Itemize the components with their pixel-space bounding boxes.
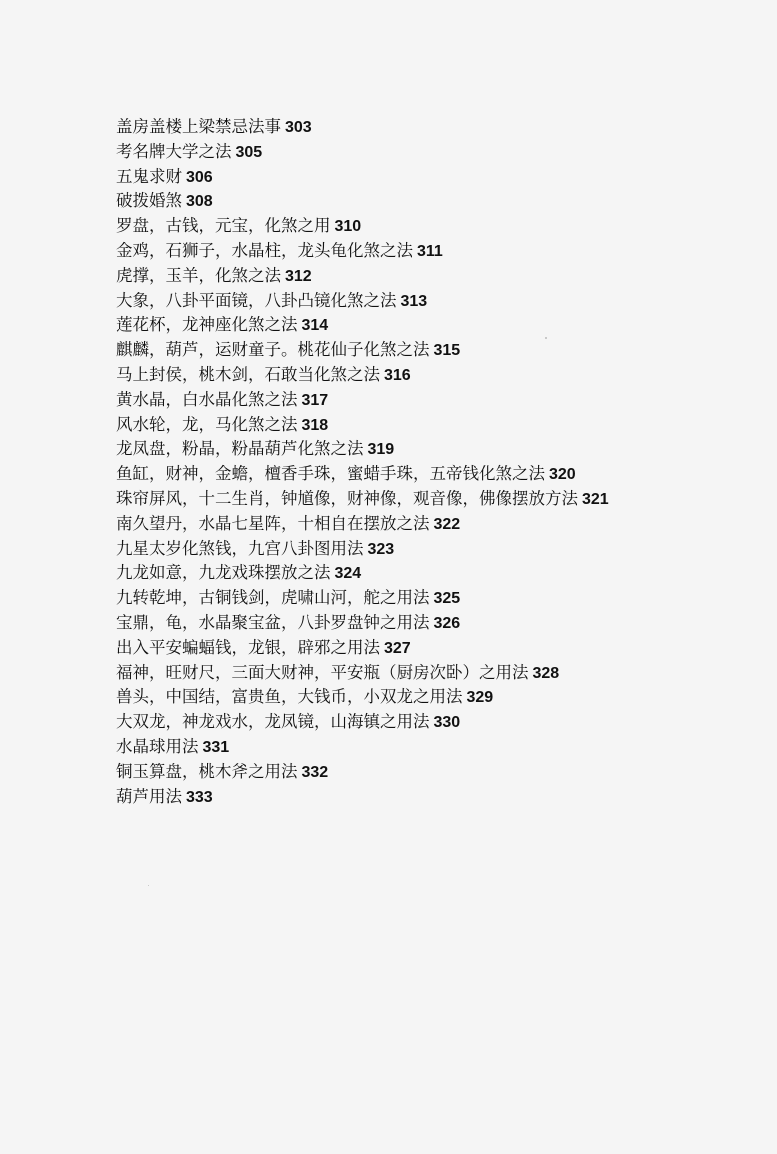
toc-entry-title: 金鸡，石狮子，水晶柱，龙头龟化煞之法	[116, 241, 413, 260]
toc-entry-page-number: 316	[384, 367, 411, 384]
toc-entry-page-number: 310	[335, 218, 362, 235]
toc-entry-page-number: 312	[285, 268, 312, 285]
scan-speck	[148, 885, 149, 886]
toc-entry-page-number: 322	[434, 516, 461, 533]
toc-entry-title: 福神，旺财尺，三面大财神，平安瓶（厨房次卧）之用法	[116, 663, 529, 682]
toc-entry-title: 盖房盖楼上梁禁忌法事	[116, 117, 281, 136]
scan-speck	[545, 337, 547, 339]
toc-entry-title: 黄水晶，白水晶化煞之法	[116, 390, 298, 409]
toc-entry-title: 罗盘，古钱，元宝，化煞之用	[116, 216, 331, 235]
toc-entry-title: 大双龙，神龙戏水，龙凤镜，山海镇之用法	[116, 712, 430, 731]
toc-entry-title: 五鬼求财	[116, 167, 182, 186]
toc-entry-title: 南久望丹，水晶七星阵，十相自在摆放之法	[116, 514, 430, 533]
toc-entry-title: 九星太岁化煞钱，九宫八卦图用法	[116, 539, 364, 558]
toc-entry-page-number: 329	[467, 689, 494, 706]
toc-entry-page-number: 330	[434, 714, 461, 731]
toc-entry: 九龙如意，九龙戏珠摆放之法324	[116, 561, 609, 586]
toc-entry: 珠帘屏风，十二生肖，钟馗像，财神像，观音像，佛像摆放方法321	[116, 487, 609, 512]
toc-entry: 水晶球用法331	[116, 735, 609, 760]
toc-entry-title: 莲花杯，龙神座化煞之法	[116, 315, 298, 334]
toc-entry-page-number: 320	[549, 466, 576, 483]
toc-entry: 虎撑，玉羊，化煞之法312	[116, 264, 609, 289]
toc-entry: 莲花杯，龙神座化煞之法314	[116, 313, 609, 338]
toc-entry-page-number: 321	[582, 491, 609, 508]
toc-entry-page-number: 308	[186, 193, 213, 210]
toc-entry-page-number: 315	[434, 342, 461, 359]
toc-entry: 鱼缸，财神，金蟾，檀香手珠，蜜蜡手珠，五帝钱化煞之法320	[116, 462, 609, 487]
toc-entry-title: 麒麟，葫芦，运财童子。桃花仙子化煞之法	[116, 340, 430, 359]
toc-entry-page-number: 325	[434, 590, 461, 607]
toc-entry-page-number: 323	[368, 541, 395, 558]
table-of-contents: 盖房盖楼上梁禁忌法事303考名牌大学之法305五鬼求财306破拨婚煞308罗盘，…	[116, 115, 609, 809]
toc-entry-title: 考名牌大学之法	[116, 142, 232, 161]
toc-entry-title: 风水轮，龙，马化煞之法	[116, 415, 298, 434]
toc-entry: 考名牌大学之法305	[116, 140, 609, 165]
toc-entry: 宝鼎，龟，水晶聚宝盆，八卦罗盘钟之用法326	[116, 611, 609, 636]
toc-entry-title: 兽头，中国结，富贵鱼，大钱币，小双龙之用法	[116, 687, 463, 706]
toc-entry: 福神，旺财尺，三面大财神，平安瓶（厨房次卧）之用法328	[116, 661, 609, 686]
toc-entry-title: 九转乾坤，古铜钱剑，虎啸山河，舵之用法	[116, 588, 430, 607]
toc-entry-page-number: 303	[285, 119, 312, 136]
toc-entry: 风水轮，龙，马化煞之法318	[116, 413, 609, 438]
toc-entry: 南久望丹，水晶七星阵，十相自在摆放之法322	[116, 512, 609, 537]
toc-entry: 九星太岁化煞钱，九宫八卦图用法323	[116, 537, 609, 562]
toc-entry: 黄水晶，白水晶化煞之法317	[116, 388, 609, 413]
toc-entry: 大双龙，神龙戏水，龙凤镜，山海镇之用法330	[116, 710, 609, 735]
toc-entry-page-number: 331	[203, 739, 230, 756]
toc-entry-title: 珠帘屏风，十二生肖，钟馗像，财神像，观音像，佛像摆放方法	[116, 489, 578, 508]
document-page: 盖房盖楼上梁禁忌法事303考名牌大学之法305五鬼求财306破拨婚煞308罗盘，…	[0, 0, 777, 1154]
toc-entry-title: 鱼缸，财神，金蟾，檀香手珠，蜜蜡手珠，五帝钱化煞之法	[116, 464, 545, 483]
toc-entry: 罗盘，古钱，元宝，化煞之用310	[116, 214, 609, 239]
toc-entry-page-number: 332	[302, 764, 329, 781]
toc-entry: 出入平安蝙蝠钱，龙银，辟邪之用法327	[116, 636, 609, 661]
toc-entry-page-number: 327	[384, 640, 411, 657]
toc-entry-title: 大象，八卦平面镜，八卦凸镜化煞之法	[116, 291, 397, 310]
toc-entry: 盖房盖楼上梁禁忌法事303	[116, 115, 609, 140]
toc-entry-page-number: 305	[236, 144, 263, 161]
toc-entry: 葫芦用法333	[116, 785, 609, 810]
toc-entry: 五鬼求财306	[116, 165, 609, 190]
toc-entry-title: 破拨婚煞	[116, 191, 182, 210]
toc-entry-title: 铜玉算盘，桃木斧之用法	[116, 762, 298, 781]
toc-entry: 麒麟，葫芦，运财童子。桃花仙子化煞之法315	[116, 338, 609, 363]
toc-entry-title: 水晶球用法	[116, 737, 199, 756]
toc-entry-page-number: 319	[368, 441, 395, 458]
toc-entry: 龙凤盘，粉晶，粉晶葫芦化煞之法319	[116, 437, 609, 462]
toc-entry: 九转乾坤，古铜钱剑，虎啸山河，舵之用法325	[116, 586, 609, 611]
toc-entry: 马上封侯，桃木剑，石敢当化煞之法316	[116, 363, 609, 388]
toc-entry-title: 九龙如意，九龙戏珠摆放之法	[116, 563, 331, 582]
toc-entry-title: 出入平安蝙蝠钱，龙银，辟邪之用法	[116, 638, 380, 657]
toc-entry-page-number: 324	[335, 565, 362, 582]
toc-entry-page-number: 313	[401, 293, 428, 310]
toc-entry: 大象，八卦平面镜，八卦凸镜化煞之法313	[116, 289, 609, 314]
toc-entry: 兽头，中国结，富贵鱼，大钱币，小双龙之用法329	[116, 685, 609, 710]
toc-entry-page-number: 314	[302, 317, 329, 334]
toc-entry-title: 宝鼎，龟，水晶聚宝盆，八卦罗盘钟之用法	[116, 613, 430, 632]
toc-entry: 金鸡，石狮子，水晶柱，龙头龟化煞之法311	[116, 239, 609, 264]
toc-entry-page-number: 318	[302, 417, 329, 434]
toc-entry-page-number: 333	[186, 789, 213, 806]
toc-entry-title: 虎撑，玉羊，化煞之法	[116, 266, 281, 285]
toc-entry-page-number: 328	[533, 665, 560, 682]
toc-entry-title: 马上封侯，桃木剑，石敢当化煞之法	[116, 365, 380, 384]
toc-entry-page-number: 311	[417, 243, 443, 260]
toc-entry: 破拨婚煞308	[116, 189, 609, 214]
toc-entry-page-number: 317	[302, 392, 329, 409]
toc-entry-title: 葫芦用法	[116, 787, 182, 806]
toc-entry-page-number: 326	[434, 615, 461, 632]
toc-entry: 铜玉算盘，桃木斧之用法332	[116, 760, 609, 785]
toc-entry-title: 龙凤盘，粉晶，粉晶葫芦化煞之法	[116, 439, 364, 458]
toc-entry-page-number: 306	[186, 169, 213, 186]
